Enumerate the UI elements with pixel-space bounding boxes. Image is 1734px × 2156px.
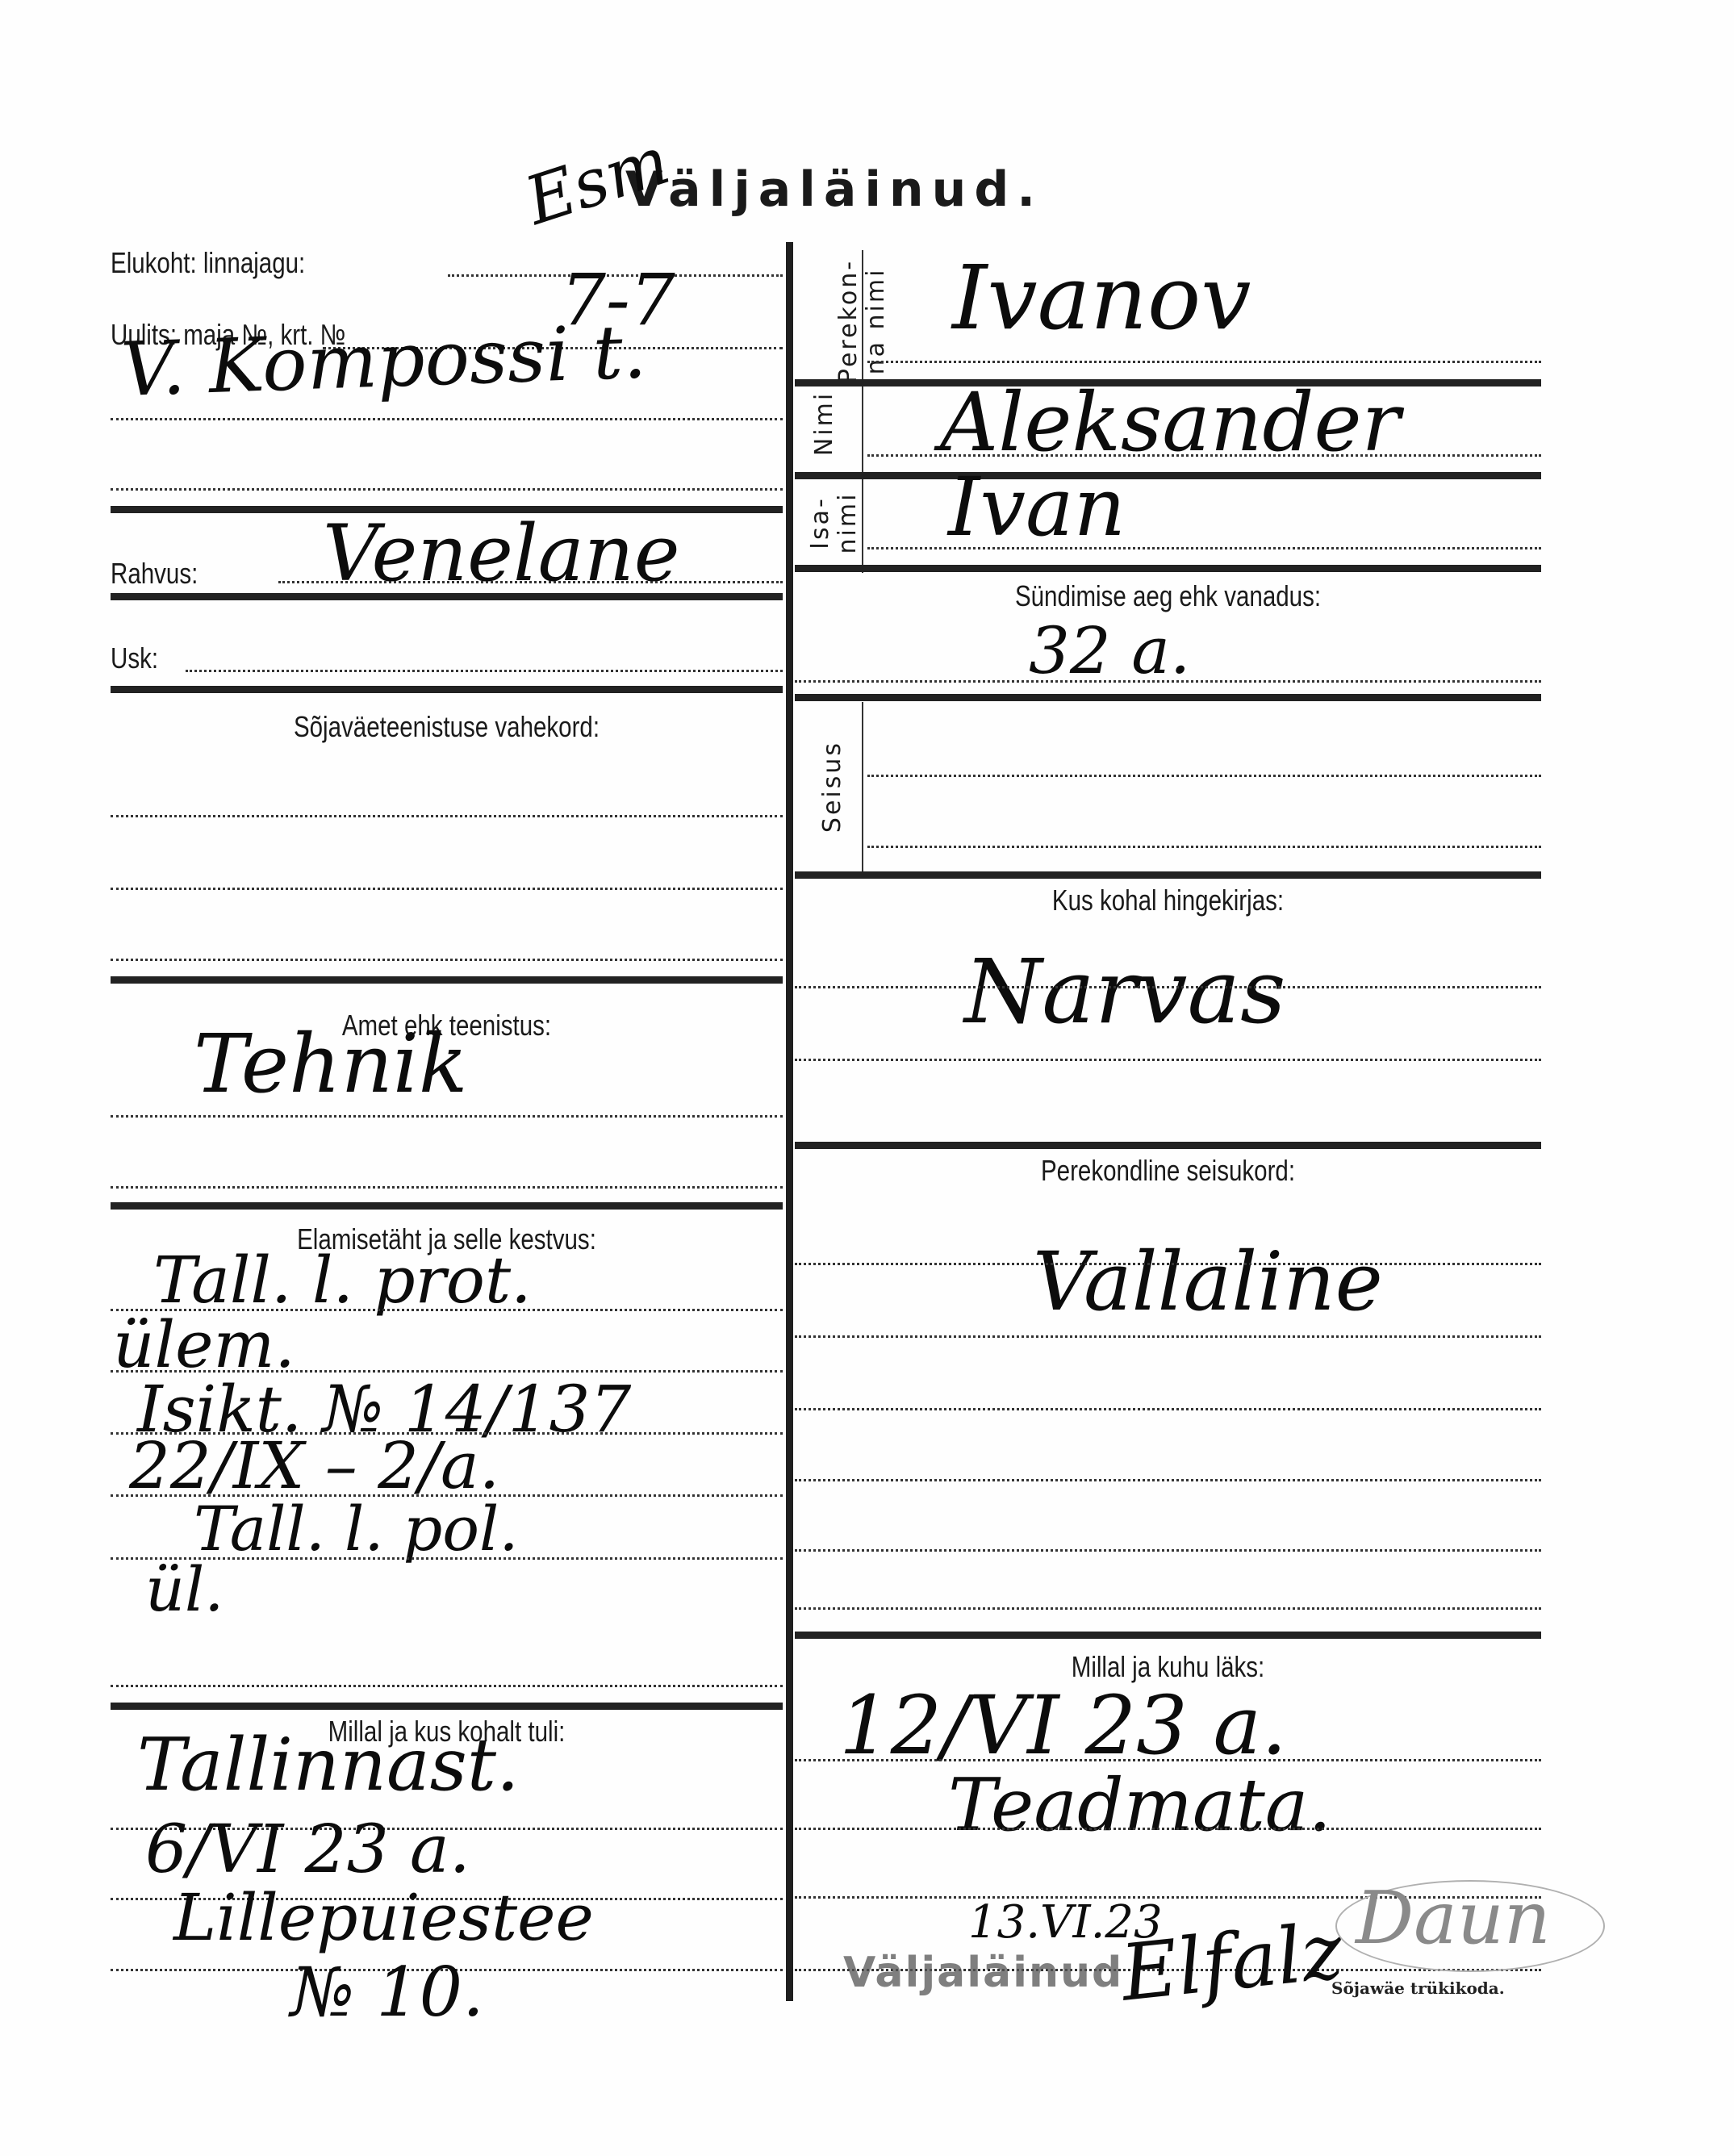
handwritten-saabus-line: № 10. [290, 1953, 484, 2032]
section-divider [111, 593, 783, 600]
section-divider [795, 565, 1541, 572]
dotted-line [867, 361, 1541, 363]
dotted-line [795, 1479, 1541, 1481]
dotted-line [111, 815, 783, 817]
handwritten-isanimi-value: Ivan [948, 460, 1126, 554]
dotted-line [111, 888, 783, 890]
dotted-line [795, 1759, 1541, 1761]
dotted-line [186, 670, 783, 672]
dotted-line [867, 454, 1541, 457]
label-sundimine: Sündimise aeg ehk vanadus: [862, 579, 1474, 613]
handwritten-elamiseluba-line: Tall. l. pol. [194, 1493, 519, 1565]
signature-secondary: Daun [1356, 1876, 1551, 1961]
dotted-line [795, 1408, 1541, 1410]
label-rahvus: Rahvus: [111, 557, 198, 591]
handwritten-sundimine-value: 32 a. [1029, 613, 1190, 688]
dotted-line [867, 547, 1541, 549]
label-isanimi-line2: nimi [834, 474, 862, 571]
label-perekonnanimi-line2: na nimi [863, 224, 890, 418]
handwritten-hingekiri-value: Narvas [964, 940, 1286, 1043]
section-divider [795, 472, 1541, 479]
label-hingekiri: Kus kohal hingekirjas: [862, 884, 1474, 917]
label-elukoht: Elukoht: linnajagu: [111, 246, 305, 280]
dotted-line [111, 488, 783, 491]
dotted-line [111, 418, 783, 420]
section-divider [795, 1142, 1541, 1149]
handwritten-perekonnanimi-value: Ivanov [952, 246, 1251, 349]
label-isanimi-line1: Isa- [807, 474, 834, 571]
dotted-line [795, 1607, 1541, 1610]
handwritten-saabus-line: 6/VI 23 a. [145, 1811, 470, 1888]
handwritten-perekondline-value: Vallaline [1033, 1235, 1383, 1329]
dotted-line [795, 1059, 1541, 1061]
dotted-line [795, 1549, 1541, 1552]
section-divider [111, 1703, 783, 1710]
dotted-line [111, 1685, 783, 1687]
printer-imprint: Sõjawäe trükikoda. [1331, 1978, 1505, 1998]
handwritten-elamiseluba-line: ül. [145, 1553, 224, 1625]
label-nimi: Nimi [811, 379, 843, 468]
handwritten-rahvus-value: Venelane [323, 508, 680, 599]
label-perekonnanimi: Perekon- na nimi [835, 224, 892, 418]
label-seisus: Seisus [819, 730, 851, 843]
registration-card: Väljaläinud. Esm Elukoht: linnajagu: 7-7… [0, 0, 1734, 2156]
handwritten-uulits-value: V. Kompossi t. [119, 308, 648, 413]
handwritten-top-annotation: Esm [516, 123, 678, 240]
dotted-line [795, 1263, 1541, 1265]
handwritten-saabus-line: Tallinnast. [137, 1723, 520, 1807]
label-usk: Usk: [111, 641, 158, 675]
label-column-divider [862, 702, 863, 871]
section-divider [111, 976, 783, 984]
dotted-line [867, 846, 1541, 848]
dotted-line [795, 1828, 1541, 1830]
section-divider [111, 1202, 783, 1210]
label-sojavaeteenistus: Sõjaväeteenistuse vahekord: [171, 710, 722, 744]
handwritten-amet-value: Tehnik [194, 1017, 468, 1111]
handwritten-lahkus-line: Teadmata. [948, 1763, 1331, 1848]
handwritten-saabus-line: Lillepuiestee [173, 1880, 594, 1955]
dotted-line [111, 1186, 783, 1189]
section-divider [795, 1632, 1541, 1639]
section-divider [111, 686, 783, 693]
dotted-line [111, 1115, 783, 1118]
section-divider [795, 694, 1541, 701]
dotted-line [795, 986, 1541, 988]
dotted-line [111, 959, 783, 961]
section-divider [795, 871, 1541, 879]
dotted-line [795, 1335, 1541, 1338]
center-divider [786, 242, 793, 2001]
card-title: Väljaläinud. [625, 161, 1043, 218]
dotted-line [867, 775, 1541, 777]
departure-stamp: Väljaläinud [843, 1949, 1123, 1997]
label-perekondline: Perekondline seisukord: [862, 1154, 1474, 1188]
label-isanimi: Isa- nimi [807, 474, 863, 571]
dotted-line [795, 680, 1541, 683]
